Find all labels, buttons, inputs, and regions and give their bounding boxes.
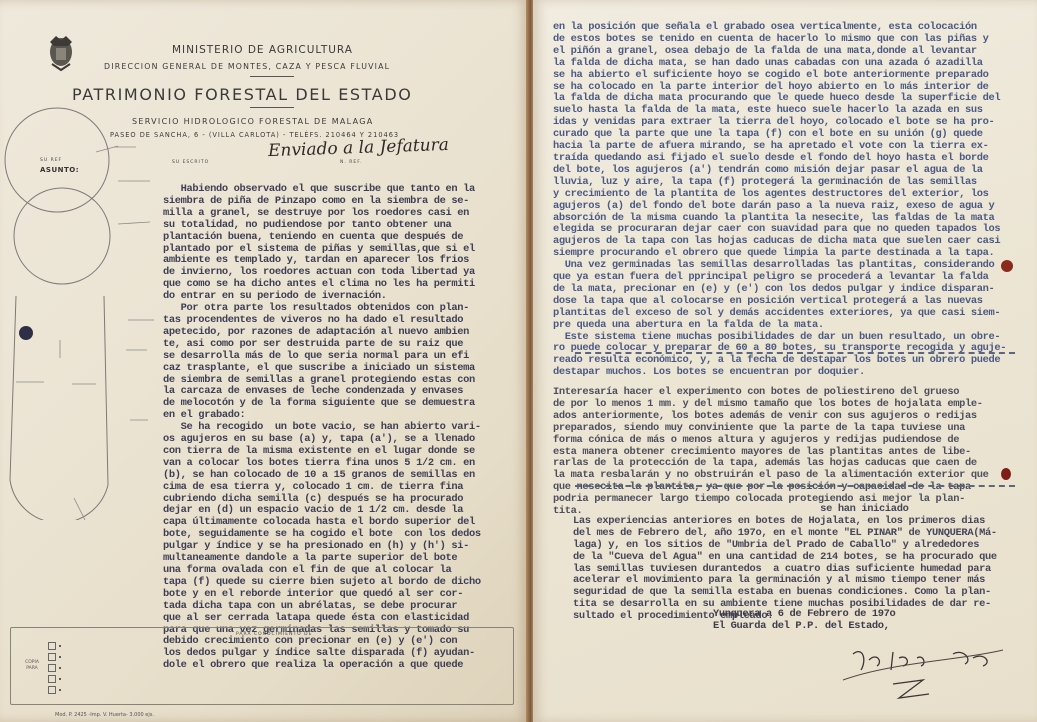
text-line: caz trasplante, el que suscribe a inicia… bbox=[163, 363, 481, 375]
text-line: apetecido, por razones de adaptación al … bbox=[163, 327, 481, 339]
letter-body-left: Habiendo observado el que suscribe que t… bbox=[163, 184, 481, 672]
text-line: la falda de dicha mata, se han dado unas… bbox=[553, 58, 1006, 70]
form-model-footer: Mod. P. 2425 -Imp. V. Huerta- 3.000 ejs. bbox=[55, 712, 154, 718]
text-line: milla a granel, se destruye por los roed… bbox=[163, 208, 481, 220]
copy-checkbox[interactable] bbox=[48, 642, 56, 650]
copy-checkbox[interactable] bbox=[48, 675, 56, 683]
text-line: van a colocar los botes tierra fina unos… bbox=[163, 458, 481, 470]
coat-of-arms-icon bbox=[46, 34, 76, 72]
handwritten-signature: José Pino Rivera bbox=[833, 640, 1033, 710]
text-line: se ha abierto el suficiente hoyo se cogi… bbox=[553, 70, 1006, 82]
text-line: plantitas del exceso de sol y demás acci… bbox=[553, 308, 1006, 320]
text-line: plantación buena, teniendo en cuenta que… bbox=[163, 232, 481, 244]
experience-report: se han iniciadoLas experiencias anterior… bbox=[573, 504, 997, 623]
text-line: y crecimiento de la plantita de los agen… bbox=[553, 189, 1006, 201]
su-escrito-label: SU ESCRITO bbox=[172, 160, 209, 165]
divider bbox=[250, 76, 294, 77]
right-page: en la posición que señala el grabado ose… bbox=[533, 0, 1037, 722]
form-title: PARA CONOCIMIENTO DE bbox=[236, 632, 312, 637]
text-line: que al ser cerrada latapa quede ésta con… bbox=[163, 613, 481, 625]
text-line: del mes de Febrero del, año 197o, en el … bbox=[573, 528, 997, 540]
ink-stain bbox=[1001, 260, 1013, 272]
text-line: tada dicha tapa con un abrélatas, se deb… bbox=[163, 601, 481, 613]
text-line: ados anteriormente, los botes además de … bbox=[553, 411, 989, 423]
ink-stain bbox=[1001, 468, 1011, 480]
n-ref-label: N. REF. bbox=[340, 160, 363, 165]
copia-label: COPIA PARA bbox=[21, 660, 43, 672]
copy-checkbox[interactable] bbox=[48, 653, 56, 661]
letter-body-continued: en la posición que señala el grabado ose… bbox=[553, 22, 1006, 379]
text-line: su totalidad, no pudiendose por tanto ob… bbox=[163, 220, 481, 232]
dashed-divider bbox=[575, 485, 1015, 487]
text-line: pre queda una abertura en la falda de la… bbox=[553, 320, 1006, 332]
text-line: forma cónica de más o menos altura y agu… bbox=[553, 435, 989, 447]
text-line: El Guarda del P.P. del Estado, bbox=[713, 621, 895, 633]
bullet-dot bbox=[59, 656, 61, 658]
signature-block: Yunquera a 6 de Febrero de 197oEl Guarda… bbox=[713, 609, 895, 633]
text-line: (b), se han colocado de 10 a 15 granos d… bbox=[163, 470, 481, 482]
can-diagram bbox=[0, 100, 170, 520]
text-line: del bote, los agujeros (a') tendrán como… bbox=[553, 165, 1006, 177]
polystyrene-proposal: Interesaría hacer el experimento con bot… bbox=[553, 387, 989, 518]
directorate-name: DIRECCION GENERAL DE MONTES, CAZA Y PESC… bbox=[104, 62, 390, 71]
text-line: preparados, siendo muy conviniente que l… bbox=[553, 423, 989, 435]
text-line: dose la tapa que al colocarse en posició… bbox=[553, 296, 1006, 308]
text-line: laga) y, en los sitios de "Umbria del Pr… bbox=[573, 540, 997, 552]
ministry-name: MINISTERIO DE AGRICULTURA bbox=[172, 44, 353, 56]
bullet-dot bbox=[59, 678, 61, 680]
text-line: bote y en el reborde interior que quedó … bbox=[163, 589, 481, 601]
text-line: lluvia, luz y aire, la tapa (f) proteger… bbox=[553, 177, 1006, 189]
divider bbox=[250, 107, 294, 108]
bullet-dot bbox=[59, 689, 61, 691]
text-line: destapar muchos. Los botes se encuentran… bbox=[553, 367, 1006, 379]
dashed-divider bbox=[575, 352, 1015, 354]
text-line: el piñón a granel, osea debajo de la fal… bbox=[553, 46, 1006, 58]
text-line: se desarrolla más de lo que seria normal… bbox=[163, 351, 481, 363]
bullet-dot bbox=[59, 645, 61, 647]
text-line: agujeros (a) del fondo del bote darán pa… bbox=[553, 201, 1006, 213]
text-line: cima de esa tierra y, colocado 1 cm. de … bbox=[163, 482, 481, 494]
copy-checkbox[interactable] bbox=[48, 664, 56, 672]
text-line: te, asi como por ser destruida parte de … bbox=[163, 339, 481, 351]
left-page: MINISTERIO DE AGRICULTURA DIRECCION GENE… bbox=[0, 0, 528, 722]
text-line: de la "Cueva del Agua" en una cantidad d… bbox=[573, 552, 997, 564]
bullet-dot bbox=[59, 667, 61, 669]
copy-checkbox[interactable] bbox=[48, 686, 56, 694]
distribution-form: PARA CONOCIMIENTO DE COPIA PARA bbox=[10, 627, 514, 705]
